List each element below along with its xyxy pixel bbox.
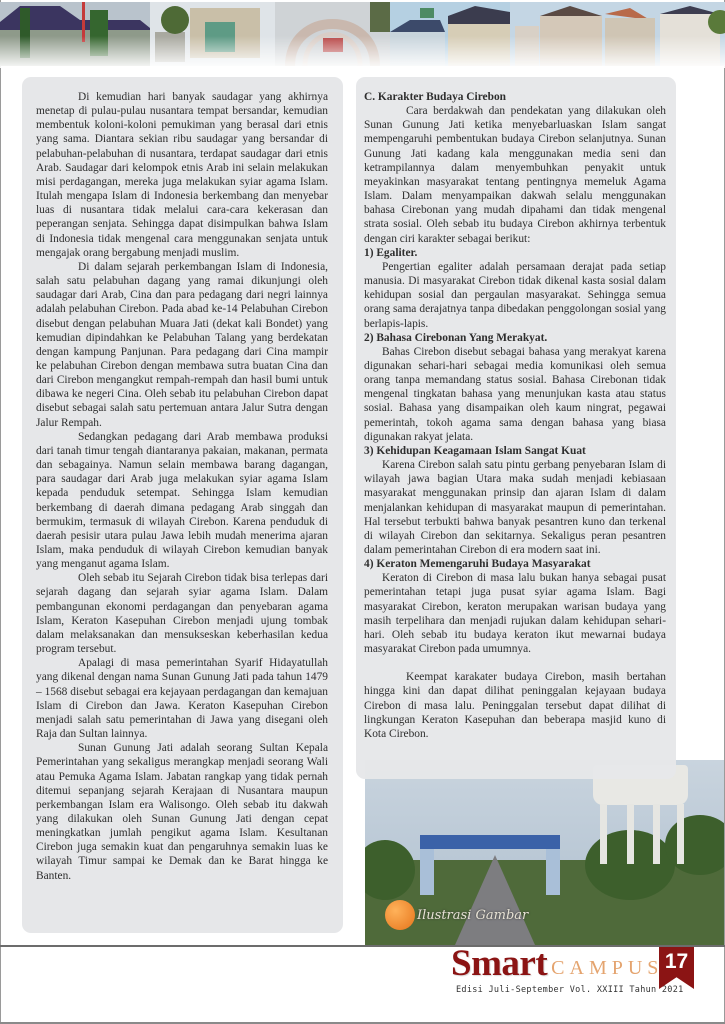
list-item-body: Bahas Cirebon disebut sebagai bahasa yan…	[364, 345, 666, 444]
page-number: 17	[659, 950, 694, 974]
list-item-title: 1) Egaliter.	[364, 246, 666, 260]
paragraph: Sedangkan pedagang dari Arab membawa pro…	[36, 430, 328, 572]
cirebon-gate-photo: Ilustrasi Gambar	[365, 760, 724, 945]
closing-paragraph: Keempat karakater budaya Cirebon, masih …	[364, 670, 666, 741]
illustration-watermark: Ilustrasi Gambar	[385, 900, 528, 930]
list-item-body: Karena Cirebon salah satu pintu gerbang …	[364, 458, 666, 557]
edition-info: Edisi Juli-September Vol. XXIII Tahun 20…	[456, 985, 684, 995]
water-tower-leg	[653, 804, 660, 864]
spacer	[364, 656, 666, 670]
brand-secondary: CAMPUS	[551, 957, 663, 980]
left-article-column: Di kemudian hari banyak saudagar yang ak…	[36, 90, 328, 883]
header-photo-strip	[0, 0, 725, 68]
paragraph: Di dalam sejarah perkembangan Islam di I…	[36, 260, 328, 430]
right-article-column: C. Karakter Budaya Cirebon Cara berdakwa…	[364, 90, 666, 741]
list-item-body: Keraton di Cirebon di masa lalu bukan ha…	[364, 571, 666, 656]
magazine-logo: Smart CAMPUS	[451, 944, 663, 984]
water-tower-leg	[677, 804, 684, 864]
list-item-title: 2) Bahasa Cirebonan Yang Merakyat.	[364, 331, 666, 345]
gate-sign	[420, 835, 560, 849]
paragraph: Sunan Gunung Jati adalah seorang Sultan …	[36, 741, 328, 883]
section-heading: C. Karakter Budaya Cirebon	[364, 90, 666, 104]
paragraph: Di kemudian hari banyak saudagar yang ak…	[36, 90, 328, 260]
list-item-body: Pengertian egaliter adalah persamaan der…	[364, 260, 666, 331]
paragraph: Apalagi di masa pemerintahan Syarif Hida…	[36, 656, 328, 741]
page-frame-left	[0, 0, 1, 1024]
watermark-logo-icon	[385, 900, 415, 930]
water-tower-leg	[627, 804, 634, 864]
list-item-title: 4) Keraton Memengaruhi Budaya Masyarakat	[364, 557, 666, 571]
watermark-text: Ilustrasi Gambar	[417, 908, 528, 923]
water-tower-leg	[600, 804, 607, 864]
intro-paragraph: Cara berdakwah dan pendekatan yang dilak…	[364, 104, 666, 246]
paragraph: Oleh sebab itu Sejarah Cirebon tidak bis…	[36, 571, 328, 656]
list-item-title: 3) Kehidupan Keagamaan Islam Sangat Kuat	[364, 444, 666, 458]
header-fade	[0, 36, 725, 68]
brand-primary: Smart	[451, 944, 547, 984]
